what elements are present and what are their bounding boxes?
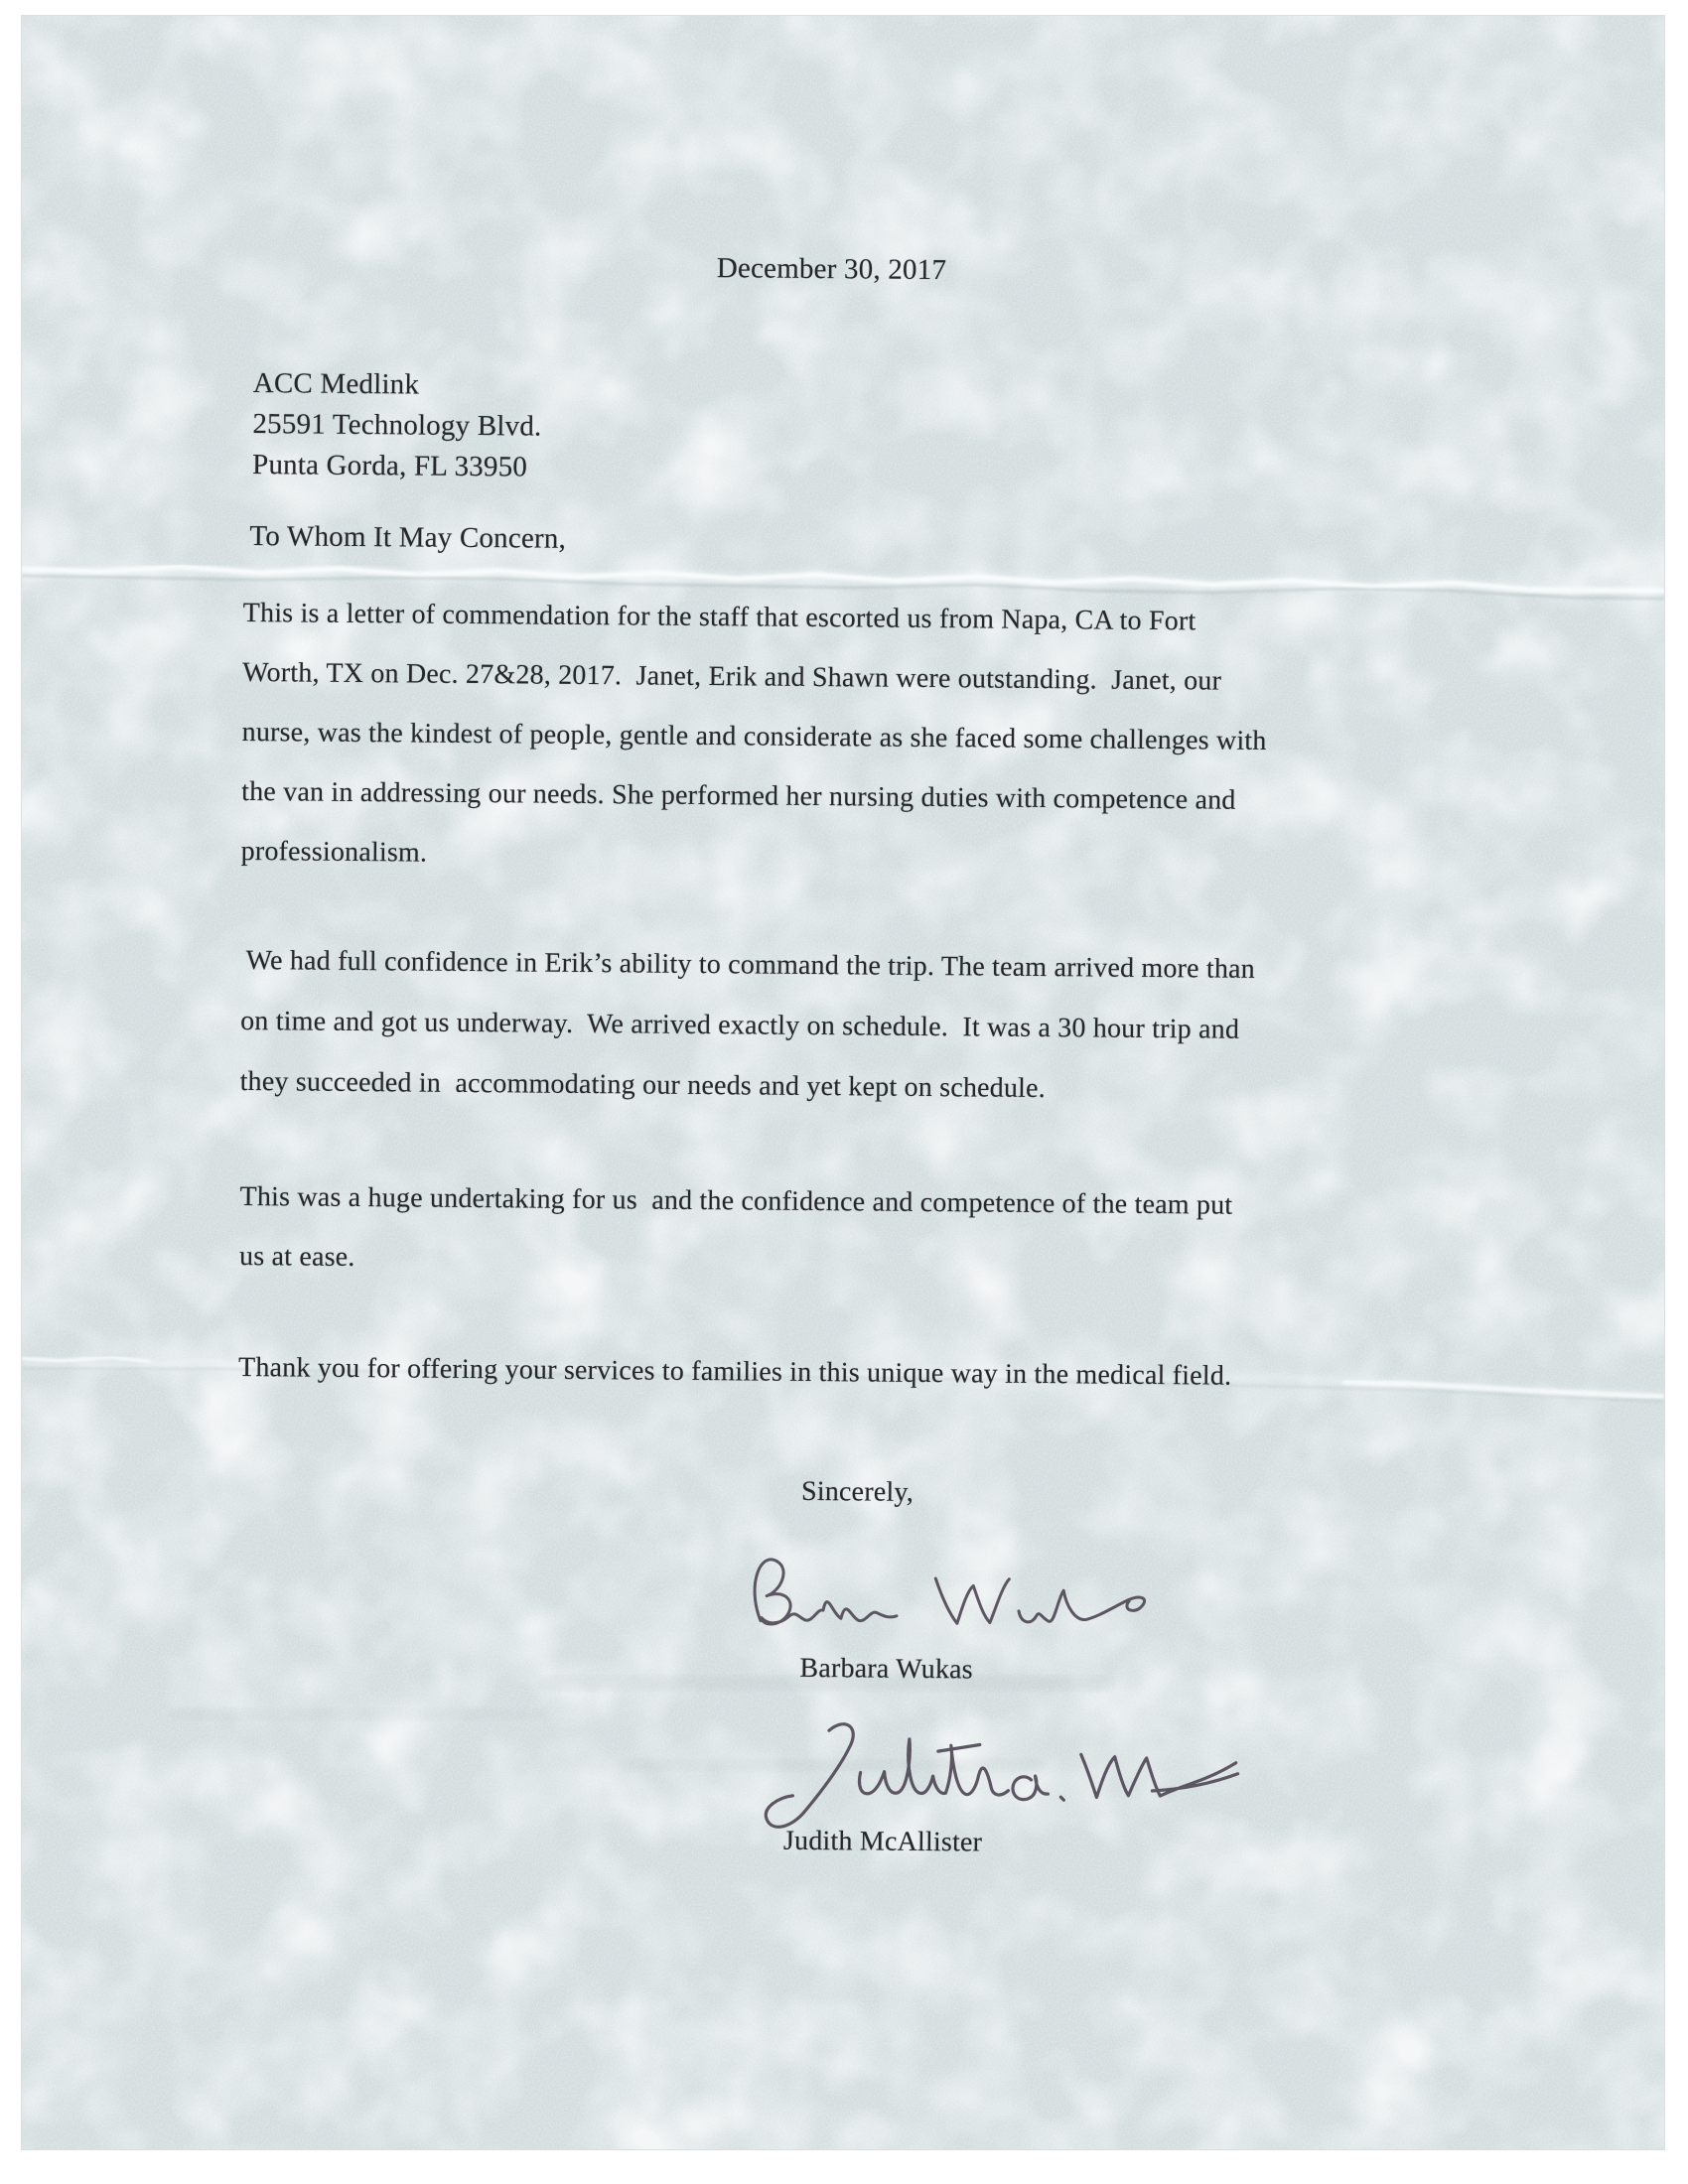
recipient-city-state-zip: Punta Gorda, FL 33950 xyxy=(252,449,527,483)
paragraph-3-line-2: us at ease. xyxy=(239,1241,355,1274)
scanner-background: December 30, 2017 ACC Medlink 25591 Tech… xyxy=(0,0,1688,2184)
paragraph-1-line-4: the van in addressing our needs. She per… xyxy=(241,776,1236,817)
paragraph-3: This was a huge undertaking for us and t… xyxy=(22,16,1664,30)
paragraph-1-line-1: This is a letter of commendation for the… xyxy=(243,598,1196,637)
paragraph-1: This is a letter of commendation for the… xyxy=(22,16,1664,30)
paragraph-1-line-3: nurse, was the kindest of people, gentle… xyxy=(242,717,1267,757)
paragraph-2-line-1: We had full confidence in Erik’s ability… xyxy=(246,945,1256,986)
paragraph-4-line-1: Thank you for offering your services to … xyxy=(238,1352,1231,1393)
paragraph-2: We had full confidence in Erik’s ability… xyxy=(22,16,1664,30)
recipient-street: 25591 Technology Blvd. xyxy=(252,408,541,444)
paragraph-2-line-2: on time and got us underway. We arrived … xyxy=(240,1006,1239,1046)
paragraph-1-line-5: professionalism. xyxy=(241,836,428,870)
letter-content: December 30, 2017 ACC Medlink 25591 Tech… xyxy=(22,16,1664,2149)
recipient-name: ACC Medlink xyxy=(253,367,420,401)
salutation: To Whom It May Concern, xyxy=(249,520,566,556)
paragraph-4: Thank you for offering your services to … xyxy=(22,16,1664,30)
letter-date: December 30, 2017 xyxy=(717,252,947,287)
typed-name-barbara-wukas: Barbara Wukas xyxy=(799,1653,973,1687)
letter-page: December 30, 2017 ACC Medlink 25591 Tech… xyxy=(22,16,1664,2149)
recipient-address-block: ACC Medlink 25591 Technology Blvd. Punta… xyxy=(22,16,1664,30)
closing: Sincerely, xyxy=(801,1476,914,1509)
paragraph-3-line-1: This was a huge undertaking for us and t… xyxy=(239,1181,1232,1222)
paragraph-1-line-2: Worth, TX on Dec. 27&28, 2017. Janet, Er… xyxy=(242,657,1221,698)
typed-name-judith-mcallister: Judith McAllister xyxy=(783,1826,982,1859)
signature-barbara-wukas-script xyxy=(733,1523,1161,1656)
paragraph-2-line-3: they succeeded in accommodating our need… xyxy=(239,1066,1046,1105)
